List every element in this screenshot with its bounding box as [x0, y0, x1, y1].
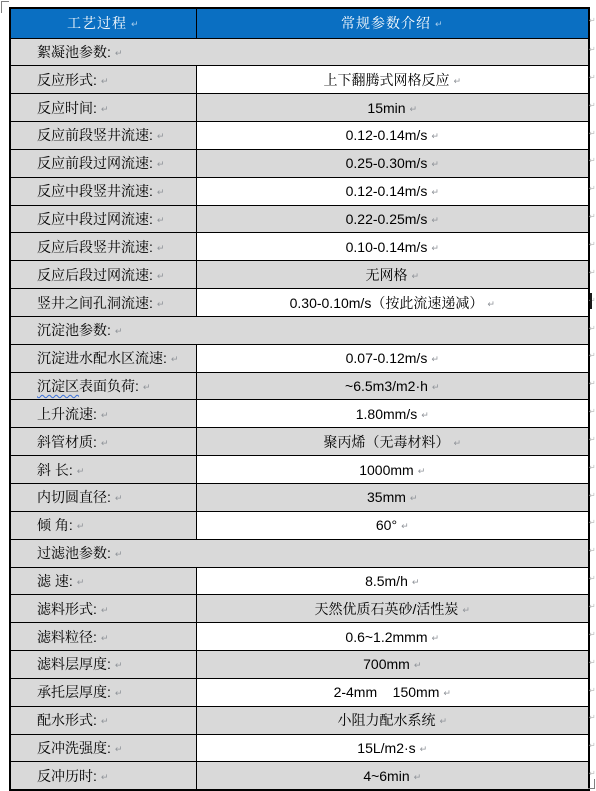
row-value-cell: 15L/m2·s↵	[196, 734, 589, 762]
row-value-cell: 60°↵	[196, 511, 589, 539]
row-label-cell: 反应中段竖井流速:↵	[10, 177, 196, 205]
paragraph-mark-icon: ↵	[101, 104, 109, 114]
row-value-cell: 1.80mm/s↵	[196, 400, 589, 428]
row-label: 内切圆直径:	[37, 489, 111, 505]
row-label-cell: 反冲历时:↵	[10, 762, 196, 790]
paragraph-mark-icon: ↵	[439, 716, 447, 726]
paragraph-mark-icon: ↵	[431, 243, 439, 253]
row-label: 滤料粒径:	[37, 629, 97, 645]
paragraph-mark-icon: ↵	[453, 438, 461, 448]
paragraph-mark-icon: ↵	[101, 633, 109, 643]
paragraph-mark-icon: ↵	[432, 633, 440, 643]
row-value: 8.5m/h	[365, 573, 408, 589]
row-end-mark: ↵	[589, 325, 596, 333]
paragraph-mark-icon: ↵	[157, 299, 165, 309]
row-value: 0.12-0.14m/s	[346, 183, 428, 199]
row-label: 滤 速:	[37, 573, 73, 589]
row-label: 反冲洗强度:	[37, 740, 111, 756]
table-row: 反应中段竖井流速:↵0.12-0.14m/s↵	[10, 177, 589, 205]
header-cell-process: 工艺过程↵	[10, 8, 196, 38]
row-label-cell: 沉淀进水配水区流速:↵	[10, 344, 196, 372]
table-row: 竖井之间孔洞流速:↵0.30-0.10m/s（按此流速递减）↵	[10, 289, 589, 317]
row-value-cell: 2-4mm 150mm↵	[196, 678, 589, 706]
row-label-cell: 滤料层厚度:↵	[10, 651, 196, 679]
row-value-cell: 700mm↵	[196, 651, 589, 679]
paragraph-mark-icon: ↵	[115, 688, 123, 698]
paragraph-mark-icon: ↵	[115, 744, 123, 754]
row-end-mark: ↵	[589, 269, 596, 277]
row-value-cell: 天然优质石英砂/活性炭↵	[196, 595, 589, 623]
paragraph-mark-icon: ↵	[101, 410, 109, 420]
row-end-mark: ↵	[589, 46, 596, 54]
changed-line-bar	[590, 293, 592, 309]
row-label-cell: 滤料粒径:↵	[10, 623, 196, 651]
paragraph-mark-icon: ↵	[157, 187, 165, 197]
row-value: 0.6~1.2mmm	[345, 629, 427, 645]
row-label-cell: 反应形式:↵	[10, 66, 196, 94]
row-value-cell: 聚丙烯（无毒材料）↵	[196, 428, 589, 456]
row-value: 无网格	[365, 267, 407, 283]
row-label: 反应后段竖井流速:	[37, 239, 153, 255]
row-end-mark: ↵	[589, 631, 596, 639]
row-value: 小阻力配水系统	[337, 712, 435, 728]
table-row: 滤料粒径:↵0.6~1.2mmm↵	[10, 623, 589, 651]
table-row: 配水形式:↵小阻力配水系统↵	[10, 706, 589, 734]
section-label-cell: 絮凝池参数:↵	[10, 38, 589, 66]
row-value: 700mm	[363, 656, 410, 672]
section-row: 絮凝池参数:↵	[10, 38, 589, 66]
paragraph-mark-icon: ↵	[115, 660, 123, 670]
header-params-label: 常规参数介绍	[341, 15, 431, 31]
row-end-mark: ↵	[589, 185, 596, 193]
row-value: 上下翻腾式网格反应	[323, 72, 449, 88]
paragraph-mark-icon: ↵	[171, 354, 179, 364]
paragraph-mark-icon: ↵	[431, 159, 439, 169]
row-value-cell: 0.22-0.25m/s↵	[196, 205, 589, 233]
row-end-mark: ↵	[589, 519, 596, 527]
row-value-cell: 4~6min↵	[196, 762, 589, 790]
header-process-label: 工艺过程	[67, 15, 127, 31]
row-value: 1000mm	[359, 462, 413, 478]
row-value: 15L/m2·s	[357, 740, 415, 756]
row-label: 斜 长:	[37, 462, 73, 478]
table-row: 滤料层厚度:↵700mm↵	[10, 651, 589, 679]
section-label-cell: 沉淀池参数:↵	[10, 316, 589, 344]
row-label: 过滤池参数:	[37, 545, 111, 561]
table-row: 沉淀区表面负荷:↵~6.5m3/m2·h↵	[10, 372, 589, 400]
row-end-mark: ↵	[589, 297, 596, 305]
row-label-cell: 上升流速:↵	[10, 400, 196, 428]
row-label: 斜管材质:	[37, 434, 97, 450]
document-page: 工艺过程↵ 常规参数介绍↵ 絮凝池参数:↵反应形式:↵上下翻腾式网格反应↵反应时…	[0, 0, 596, 791]
row-label-cell: 滤 速:↵	[10, 567, 196, 595]
row-label: 絮凝池参数:	[37, 44, 111, 60]
paragraph-mark-icon: ↵	[453, 76, 461, 86]
row-label-cell: 倾 角:↵	[10, 511, 196, 539]
row-value: 60°	[376, 517, 397, 533]
row-label: 配水形式:	[37, 712, 97, 728]
row-label-cell: 滤料形式:↵	[10, 595, 196, 623]
paragraph-mark-icon: ↵	[77, 466, 85, 476]
row-end-mark: ↵	[589, 352, 596, 360]
row-value: 0.12-0.14m/s	[346, 127, 428, 143]
paragraph-mark-icon: ↵	[101, 76, 109, 86]
row-end-mark: ↵	[589, 770, 596, 778]
row-label: 倾 角:	[37, 517, 73, 533]
row-label: 沉淀进水配水区流速:	[37, 350, 167, 366]
paragraph-mark-icon: ↵	[157, 131, 165, 141]
row-value: 15min	[367, 100, 405, 116]
row-label: 反冲历时:	[37, 768, 97, 784]
paragraph-mark-icon: ↵	[462, 605, 470, 615]
paragraph-mark-icon: ↵	[435, 19, 444, 29]
row-end-mark: ↵	[589, 408, 596, 416]
row-value-cell: 0.12-0.14m/s↵	[196, 177, 589, 205]
paragraph-mark-icon: ↵	[157, 215, 165, 225]
row-end-mark: ↵	[589, 17, 596, 25]
row-end-mark: ↵	[589, 102, 596, 110]
row-label: 反应中段过网流速:	[37, 211, 153, 227]
row-value: 0.22-0.25m/s	[346, 211, 428, 227]
row-label-cell: 斜 长:↵	[10, 456, 196, 484]
table-row: 反应前段过网流速:↵0.25-0.30m/s↵	[10, 149, 589, 177]
row-end-mark: ↵	[589, 464, 596, 472]
table-row: 反冲历时:↵4~6min↵	[10, 762, 589, 790]
row-label-cell: 反应后段竖井流速:↵	[10, 233, 196, 261]
row-label-cell: 反冲洗强度:↵	[10, 734, 196, 762]
paragraph-mark-icon: ↵	[432, 382, 440, 392]
row-value-cell: ~6.5m3/m2·h↵	[196, 372, 589, 400]
row-end-mark: ↵	[589, 492, 596, 500]
row-label-cell: 承托层厚度:↵	[10, 678, 196, 706]
row-label: 反应后段过网流速:	[37, 267, 153, 283]
spellcheck-wavy-underline: 沉淀区	[37, 378, 79, 394]
paragraph-mark-icon: ↵	[131, 19, 140, 29]
row-value: 0.07-0.12m/s	[346, 350, 428, 366]
row-end-mark: ↵	[589, 436, 596, 444]
table-row: 内切圆直径:↵35mm↵	[10, 484, 589, 512]
row-end-mark: ↵	[589, 213, 596, 221]
row-end-mark: ↵	[589, 130, 596, 138]
paragraph-mark-icon: ↵	[101, 716, 109, 726]
row-end-mark: ↵	[589, 714, 596, 722]
row-value-cell: 0.25-0.30m/s↵	[196, 149, 589, 177]
paragraph-mark-icon: ↵	[420, 744, 428, 754]
paragraph-mark-icon: ↵	[115, 48, 123, 58]
row-value: 0.25-0.30m/s	[346, 155, 428, 171]
row-value-cell: 0.10-0.14m/s↵	[196, 233, 589, 261]
table-anchor-crop-mark	[1, 1, 9, 13]
row-label-cell: 斜管材质:↵	[10, 428, 196, 456]
section-row: 过滤池参数:↵	[10, 539, 589, 567]
paragraph-mark-icon: ↵	[431, 354, 439, 364]
row-label-cell: 沉淀区表面负荷:↵	[10, 372, 196, 400]
section-label-cell: 过滤池参数:↵	[10, 539, 589, 567]
row-value-cell: 无网格↵	[196, 261, 589, 289]
paragraph-mark-icon: ↵	[443, 688, 451, 698]
row-label-cell: 配水形式:↵	[10, 706, 196, 734]
row-end-mark: ↵	[589, 380, 596, 388]
table-row: 反应形式:↵上下翻腾式网格反应↵	[10, 66, 589, 94]
table-row: 斜 长:↵1000mm↵	[10, 456, 589, 484]
paragraph-mark-icon: ↵	[401, 521, 409, 531]
paragraph-mark-icon: ↵	[431, 215, 439, 225]
row-label: 沉淀池参数:	[37, 322, 111, 338]
table-row: 反应后段过网流速:↵无网格↵	[10, 261, 589, 289]
row-value: 天然优质石英砂/活性炭	[315, 601, 459, 617]
table-row: 斜管材质:↵聚丙烯（无毒材料）↵	[10, 428, 589, 456]
row-value: 聚丙烯（无毒材料）	[323, 434, 449, 450]
paragraph-mark-icon: ↵	[418, 466, 426, 476]
row-value-cell: 0.6~1.2mmm↵	[196, 623, 589, 651]
table-row: 反冲洗强度:↵15L/m2·s↵	[10, 734, 589, 762]
process-parameters-table: 工艺过程↵ 常规参数介绍↵ 絮凝池参数:↵反应形式:↵上下翻腾式网格反应↵反应时…	[9, 7, 590, 791]
row-label-cell: 反应前段竖井流速:↵	[10, 122, 196, 150]
paragraph-mark-icon: ↵	[431, 131, 439, 141]
paragraph-mark-icon: ↵	[101, 605, 109, 615]
paragraph-mark-icon: ↵	[157, 159, 165, 169]
paragraph-mark-icon: ↵	[101, 438, 109, 448]
paragraph-mark-icon: ↵	[487, 299, 495, 309]
row-end-mark: ↵	[589, 659, 596, 667]
paragraph-mark-icon: ↵	[412, 577, 420, 587]
row-value-cell: 0.30-0.10m/s（按此流速递减）↵	[196, 289, 589, 317]
row-label: 沉淀区表面负荷:	[37, 378, 139, 394]
paragraph-mark-icon: ↵	[115, 549, 123, 559]
table-header-row: 工艺过程↵ 常规参数介绍↵	[10, 8, 589, 38]
row-label: 反应形式:	[37, 72, 97, 88]
header-cell-params: 常规参数介绍↵	[196, 8, 589, 38]
row-value-cell: 0.12-0.14m/s↵	[196, 122, 589, 150]
row-label-cell: 反应后段过网流速:↵	[10, 261, 196, 289]
row-value-cell: 35mm↵	[196, 484, 589, 512]
row-label-cell: 反应中段过网流速:↵	[10, 205, 196, 233]
row-label: 承托层厚度:	[37, 684, 111, 700]
row-value: ~6.5m3/m2·h	[345, 378, 428, 394]
paragraph-mark-icon: ↵	[157, 243, 165, 253]
row-value-cell: 上下翻腾式网格反应↵	[196, 66, 589, 94]
paragraph-mark-icon: ↵	[77, 521, 85, 531]
paragraph-mark-icon: ↵	[115, 493, 123, 503]
paragraph-mark-icon: ↵	[411, 271, 419, 281]
table-row: 倾 角:↵60°↵	[10, 511, 589, 539]
row-label: 反应前段竖井流速:	[37, 127, 153, 143]
row-label-cell: 竖井之间孔洞流速:↵	[10, 289, 196, 317]
row-value-cell: 1000mm↵	[196, 456, 589, 484]
table-row: 反应中段过网流速:↵0.22-0.25m/s↵	[10, 205, 589, 233]
section-row: 沉淀池参数:↵	[10, 316, 589, 344]
row-label-cell: 反应前段过网流速:↵	[10, 149, 196, 177]
table-row: 承托层厚度:↵2-4mm 150mm↵	[10, 678, 589, 706]
row-end-mark: ↵	[589, 74, 596, 82]
row-value: 0.30-0.10m/s（按此流速递减）	[290, 295, 484, 311]
paragraph-mark-icon: ↵	[421, 410, 429, 420]
paragraph-mark-icon: ↵	[414, 660, 422, 670]
row-label: 反应中段竖井流速:	[37, 183, 153, 199]
row-label-cell: 反应时间:↵	[10, 94, 196, 122]
row-value: 35mm	[367, 489, 406, 505]
row-label: 上升流速:	[37, 406, 97, 422]
row-label: 滤料形式:	[37, 601, 97, 617]
paragraph-mark-icon: ↵	[410, 104, 418, 114]
paragraph-mark-icon: ↵	[77, 577, 85, 587]
row-value-cell: 0.07-0.12m/s↵	[196, 344, 589, 372]
paragraph-mark-icon: ↵	[414, 772, 422, 782]
row-value: 4~6min	[363, 768, 409, 784]
paragraph-mark-icon: ↵	[101, 772, 109, 782]
paragraph-mark-icon: ↵	[431, 187, 439, 197]
row-label: 滤料层厚度:	[37, 656, 111, 672]
paragraph-mark-icon: ↵	[410, 493, 418, 503]
row-value-cell: 15min↵	[196, 94, 589, 122]
row-end-mark: ↵	[589, 603, 596, 611]
row-end-mark: ↵	[589, 241, 596, 249]
table-row: 滤料形式:↵天然优质石英砂/活性炭↵	[10, 595, 589, 623]
row-value: 2-4mm 150mm	[334, 684, 440, 700]
table-row: 反应后段竖井流速:↵0.10-0.14m/s↵	[10, 233, 589, 261]
row-value-cell: 小阻力配水系统↵	[196, 706, 589, 734]
table-row: 沉淀进水配水区流速:↵0.07-0.12m/s↵	[10, 344, 589, 372]
row-end-mark: ↵	[589, 687, 596, 695]
paragraph-mark-icon: ↵	[157, 271, 165, 281]
row-label-cell: 内切圆直径:↵	[10, 484, 196, 512]
paragraph-mark-icon: ↵	[143, 382, 151, 392]
row-label: 反应时间:	[37, 100, 97, 116]
row-end-mark: ↵	[589, 157, 596, 165]
paragraph-mark-icon: ↵	[115, 326, 123, 336]
row-label: 反应前段过网流速:	[37, 155, 153, 171]
table-row: 反应前段竖井流速:↵0.12-0.14m/s↵	[10, 122, 589, 150]
row-value: 0.10-0.14m/s	[346, 239, 428, 255]
table-row: 滤 速:↵8.5m/h↵	[10, 567, 589, 595]
row-value: 1.80mm/s	[356, 406, 417, 422]
table-row: 反应时间:↵15min↵	[10, 94, 589, 122]
row-end-mark: ↵	[589, 742, 596, 750]
row-label: 竖井之间孔洞流速:	[37, 295, 153, 311]
row-end-mark: ↵	[589, 575, 596, 583]
table-row: 上升流速:↵1.80mm/s↵	[10, 400, 589, 428]
row-value-cell: 8.5m/h↵	[196, 567, 589, 595]
row-end-mark: ↵	[589, 547, 596, 555]
